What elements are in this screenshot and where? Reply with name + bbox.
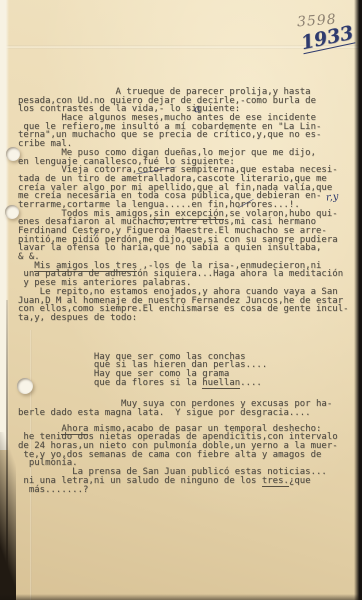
paragraph: Le repito,no estamos enojados,y ahora cu… bbox=[18, 288, 356, 323]
typewritten-body: A trueque de parecer prolija,y hastapesa… bbox=[18, 88, 356, 494]
paper-corner-shadow bbox=[0, 432, 16, 600]
text-segment: berle dado esta magna lata. Y sigue por … bbox=[18, 408, 311, 418]
text-segment: lavar la ofensa lo haría,que no sabía a … bbox=[18, 243, 321, 253]
paragraph: A trueque de parecer prolija,y hastapesa… bbox=[18, 88, 356, 114]
paragraph: Todos mis amigos,sin excepción,se volaro… bbox=[18, 210, 356, 262]
paragraph: Mis amigos los tres ,-los de la risa-,en… bbox=[18, 262, 356, 288]
paragraph: Hay que ser como las conchas que si las … bbox=[18, 353, 356, 388]
text-segment: ¿que bbox=[289, 476, 311, 486]
text-segment: ta,y, despues de todo: bbox=[18, 313, 137, 323]
paragraph: Vieja cotorra,cotorra sempiterna,que est… bbox=[18, 166, 356, 209]
text-line: más.......? bbox=[18, 486, 356, 495]
paragraph: Hace algunos meses,mucho antes de ese in… bbox=[18, 114, 356, 149]
paragraph: Ahora mismo,acabo de pasar un temporal d… bbox=[18, 425, 356, 468]
paragraph: La prensa de San Juan publicó estas noti… bbox=[18, 468, 356, 494]
text-line: que da flores si la huellan.... bbox=[18, 379, 356, 388]
text-segment: más.......? bbox=[18, 485, 88, 495]
punch-hole bbox=[5, 205, 19, 219]
scanned-letter-page: 3598 1933 ar,y A trueque de parecer prol… bbox=[0, 0, 362, 600]
underlined-text: huellan bbox=[202, 378, 240, 389]
paragraph: Muy suya con perdones y excusas por ha-b… bbox=[18, 400, 356, 417]
paper-bottom-edge bbox=[0, 594, 362, 600]
text-line: lavar la ofensa lo haría,que no sabía a … bbox=[18, 244, 356, 253]
paper-sheet: 3598 1933 ar,y A trueque de parecer prol… bbox=[0, 0, 362, 600]
text-segment: que da flores si la bbox=[18, 378, 202, 388]
text-segment: .... bbox=[240, 378, 262, 388]
paragraph: Me puso como digan dueñas,lo mejor que m… bbox=[18, 149, 356, 166]
text-line: ta,y, despues de todo: bbox=[18, 314, 356, 323]
text-line: berle dado esta magna lata. Y sigue por … bbox=[18, 409, 356, 418]
underlined-text: tres. bbox=[262, 476, 289, 487]
